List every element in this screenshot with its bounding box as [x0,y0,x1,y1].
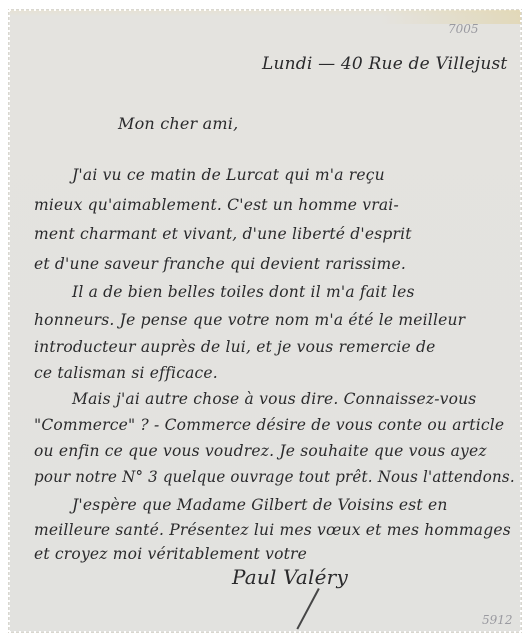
archive-number-top: 7005 [448,22,479,36]
letter-line: introducteur auprès de lui, et je vous r… [34,338,435,356]
letter-line: ment charmant et vivant, d'une liberté d… [34,225,412,243]
letter-header-date-address: Lundi — 40 Rue de Villejust [262,54,507,74]
letter-line: Mais j'ai autre chose à vous dire. Conna… [72,390,476,408]
signature: Paul Valéry [232,565,348,589]
letter-line: ou enfin ce que vous voudrez. Je souhait… [34,442,487,460]
archive-number-bottom: 5912 [482,613,513,627]
perforated-bottom-edge [9,631,521,634]
letter-line: Il a de bien belles toiles dont il m'a f… [72,283,415,301]
letter-line: honneurs. Je pense que votre nom m'a été… [34,311,465,329]
letter-line: mieux qu'aimablement. C'est un homme vra… [34,196,399,214]
letter-line: ce talisman si efficace. [34,364,218,382]
letter-line: pour notre N° 3 quelque ouvrage tout prê… [34,468,515,486]
letter-line: J'espère que Madame Gilbert de Voisins e… [72,496,448,514]
letter-line: J'ai vu ce matin de Lurcat qui m'a reçu [72,166,385,184]
letter-line: et d'une saveur franche qui devient rari… [34,255,406,273]
letter-line: et croyez moi véritablement votre [34,545,307,563]
letter-line: meilleure santé. Présentez lui mes vœux … [34,521,511,539]
letter-line: "Commerce" ? - Commerce désire de vous c… [34,416,504,434]
letter-salutation: Mon cher ami, [118,114,238,133]
